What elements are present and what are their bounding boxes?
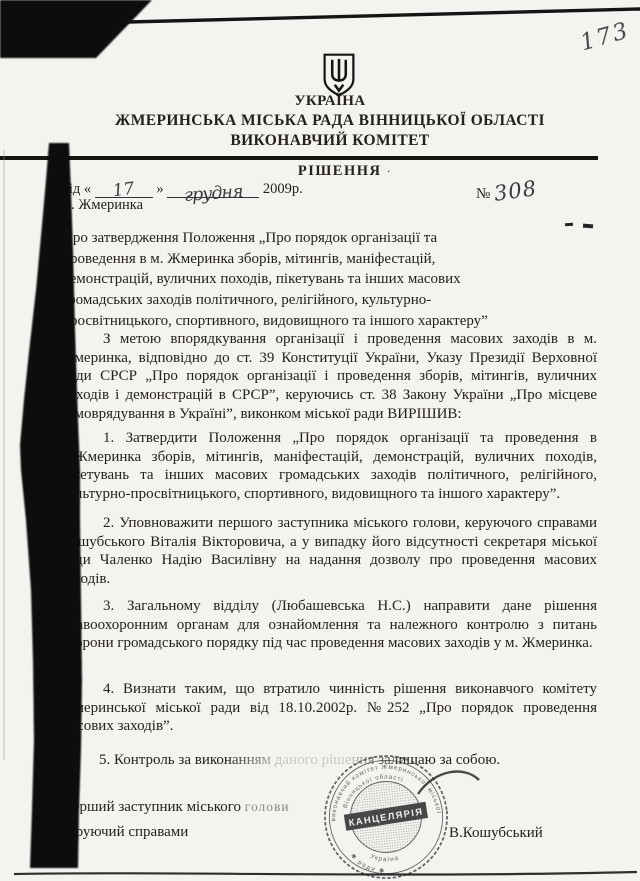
- date-day-blank: 17: [95, 182, 153, 198]
- handwritten-page-number: 173: [577, 18, 632, 57]
- document-type-text: РІШЕННЯ: [298, 163, 382, 179]
- scan-top-line: [128, 9, 640, 22]
- date-line: від « 17 » грудня 2009р.: [62, 181, 303, 198]
- ink-mark-2: [583, 224, 593, 229]
- date-prefix: від «: [62, 181, 91, 197]
- decision-item-2: 2. Уповноважити першого заступника міськ…: [61, 514, 597, 589]
- signatory-title-text: Перший заступник міського: [62, 799, 241, 815]
- header-rule: [0, 156, 598, 160]
- scanned-document-page: 173 УКРАЇНА ЖМЕРИНСЬКА МІСЬКА РАДА ВІННИ…: [0, 0, 640, 881]
- decision-subject: Про затвердження Положення „Про порядок …: [62, 228, 562, 332]
- number-label: №: [476, 186, 490, 202]
- signatory-name: В.Кошубський: [449, 825, 543, 842]
- scan-black-corner: [0, 0, 152, 58]
- handwritten-document-number: 308: [493, 176, 539, 206]
- document-type-title: РІШЕННЯ ·: [50, 163, 640, 180]
- preamble-paragraph: З метою впорядкування організації і пров…: [61, 330, 597, 424]
- decision-item-3: 3. Загальному відділу (Любашевська Н.С.)…: [61, 597, 597, 653]
- tryzub-coat-of-arms-icon: [322, 53, 356, 97]
- date-close-quote: »: [156, 181, 163, 197]
- signatory-title-faded-word: голови: [245, 799, 290, 814]
- document-number-line: № 308: [476, 179, 537, 203]
- scan-bottom-line: [14, 872, 637, 875]
- handwritten-month: грудня: [184, 182, 244, 206]
- decision-item-4: 4. Визнати таким, що втратило чинність р…: [61, 680, 597, 736]
- date-year: 2009р.: [263, 181, 303, 197]
- header-council-name: ЖМЕРИНСЬКА МІСЬКА РАДА ВІННИЦЬКОЇ ОБЛАСТ…: [30, 112, 630, 130]
- header-country: УКРАЇНА: [30, 93, 630, 110]
- ink-mark-1: [565, 223, 573, 227]
- decision-item-1: 1. Затвердити Положення „Про порядок орг…: [61, 429, 597, 504]
- office-round-stamp: виконавчий комітет Жмеринської міської ✱…: [316, 747, 457, 881]
- scan-dot-mark: ·: [387, 164, 393, 178]
- header-committee-name: ВИКОНАВЧИЙ КОМІТЕТ: [30, 132, 630, 150]
- issuing-city: м. Жмеринка: [62, 197, 143, 214]
- date-month-blank: грудня: [167, 182, 259, 198]
- signatory-title-line1: Перший заступник міського голови: [62, 799, 290, 816]
- signatory-title-line2: керуючий справами: [62, 824, 188, 841]
